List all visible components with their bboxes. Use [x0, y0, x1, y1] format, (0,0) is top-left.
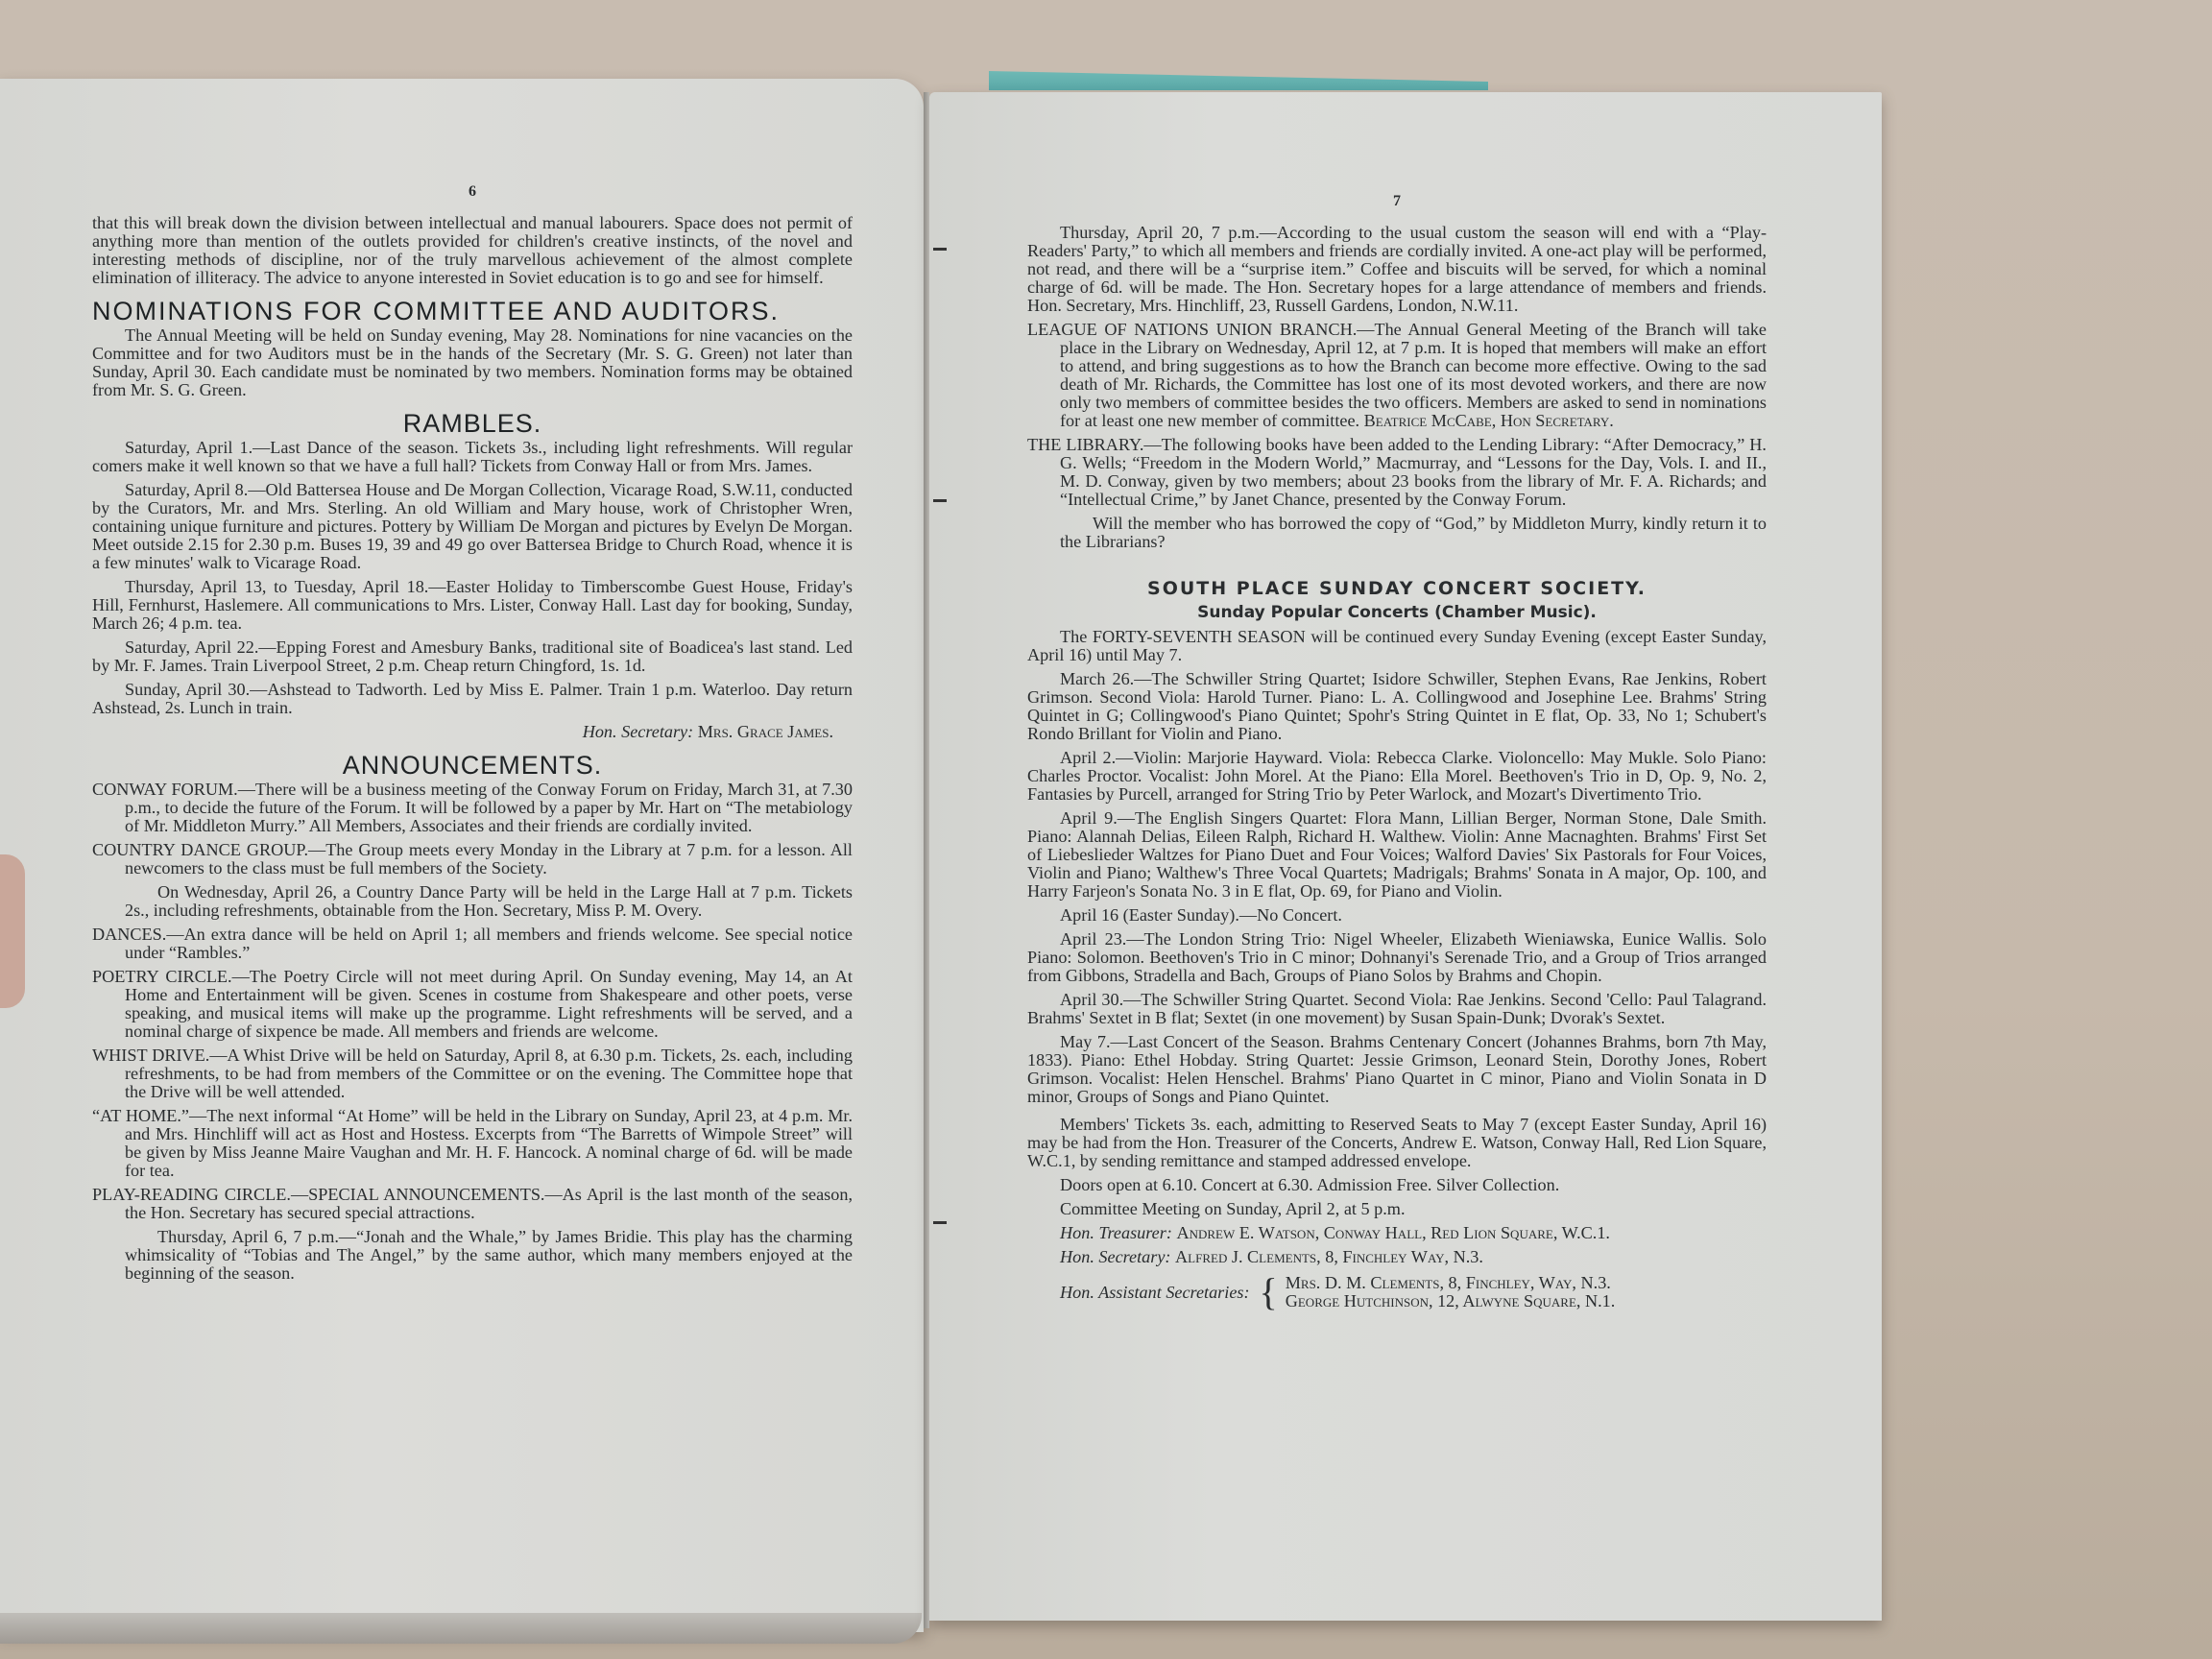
announcement-title: COUNTRY DANCE GROUP.: [92, 840, 308, 859]
section-body: —The following books have been added to …: [1060, 435, 1767, 509]
members-tickets: Members' Tickets 3s. each, admitting to …: [1027, 1116, 1767, 1170]
assistant-secretaries: Hon. Assistant Secretaries: { Mrs. D. M.…: [1027, 1274, 1767, 1310]
season-notice: The FORTY-SEVENTH SEASON will be continu…: [1027, 628, 1767, 664]
section-title: THE LIBRARY.: [1027, 435, 1143, 454]
concert-item: April 16 (Easter Sunday).—No Concert.: [1027, 906, 1767, 925]
treasurer-value: Andrew E. Watson, Conway Hall, Red Lion …: [1176, 1223, 1610, 1242]
announcement-country-dance: COUNTRY DANCE GROUP.—The Group meets eve…: [92, 841, 853, 878]
rambles-heading: RAMBLES.: [92, 415, 853, 433]
rambles-secretary-name: Mrs. Grace James.: [698, 722, 833, 741]
concert-item: April 9.—The English Singers Quartet: Fl…: [1027, 809, 1767, 901]
announcement-conway-forum: CONWAY FORUM.—There will be a business m…: [92, 781, 853, 835]
announcements-heading: ANNOUNCEMENTS.: [92, 757, 853, 775]
bookmark-tab: [989, 71, 1488, 90]
rambles-secretary-label: Hon. Secretary:: [583, 722, 693, 741]
announcement-country-dance-party: On Wednesday, April 26, a Country Dance …: [92, 883, 853, 920]
announcement-body: —An extra dance will be held on April 1;…: [125, 925, 853, 962]
ramble-item: Sunday, April 30.—Ashstead to Tadworth. …: [92, 681, 853, 717]
announcement-title: POETRY CIRCLE.: [92, 967, 232, 986]
play-reading-jonah: Thursday, April 6, 7 p.m.—“Jonah and the…: [92, 1228, 853, 1283]
league-signature: Beatrice McCabe, Hon Secretary.: [1364, 411, 1614, 430]
secretary-value: Alfred J. Clements, 8, Finchley Way, N.3…: [1175, 1247, 1483, 1266]
announcement-title: DANCES.: [92, 925, 166, 944]
rambles-secretary: Hon. Secretary: Mrs. Grace James.: [92, 723, 853, 741]
assistant-label: Hon. Assistant Secretaries:: [1060, 1284, 1250, 1302]
play-readers-party: Thursday, April 20, 7 p.m.—According to …: [1027, 224, 1767, 315]
page-number: 7: [1027, 192, 1767, 210]
announcement-title: CONWAY FORUM.: [92, 780, 238, 799]
ramble-item: Saturday, April 22.—Epping Forest and Am…: [92, 638, 853, 675]
assistant-name: George Hutchinson, 12, Alwyne Square, N.…: [1286, 1292, 1616, 1310]
book-gutter: [924, 92, 929, 1628]
announcement-dances: DANCES.—An extra dance will be held on A…: [92, 926, 853, 962]
secretary-line: Hon. Secretary: Alfred J. Clements, 8, F…: [1027, 1248, 1767, 1266]
doors-open: Doors open at 6.10. Concert at 6.30. Adm…: [1027, 1176, 1767, 1194]
concert-item: May 7.—Last Concert of the Season. Brahm…: [1027, 1033, 1767, 1106]
nominations-body: The Annual Meeting will be held on Sunda…: [92, 326, 853, 399]
announcement-title: WHIST DRIVE.: [92, 1046, 209, 1065]
announcement-poetry-circle: POETRY CIRCLE.—The Poetry Circle will no…: [92, 968, 853, 1041]
secretary-label: Hon. Secretary:: [1060, 1247, 1170, 1266]
ramble-item: Thursday, April 13, to Tuesday, April 18…: [92, 578, 853, 633]
left-page-edge: [0, 1613, 922, 1644]
staple: [933, 499, 947, 502]
concert-subheading: Sunday Popular Concerts (Chamber Music).: [1027, 604, 1767, 622]
section-title: LEAGUE OF NATIONS UNION BRANCH.: [1027, 320, 1357, 339]
treasurer-line: Hon. Treasurer: Andrew E. Watson, Conway…: [1027, 1224, 1767, 1242]
concert-society-heading: SOUTH PLACE SUNDAY CONCERT SOCIETY.: [1027, 580, 1767, 598]
staple: [933, 1221, 947, 1224]
nominations-heading: NOMINATIONS FOR COMMITTEE AND AUDITORS.: [92, 302, 853, 321]
concert-item: April 2.—Violin: Marjorie Hayward. Viola…: [1027, 749, 1767, 804]
page-number: 6: [92, 182, 853, 201]
left-page-content: 6 that this will break down the division…: [92, 182, 853, 1288]
announcement-body: —A Whist Drive will be held on Saturday,…: [125, 1046, 853, 1101]
league-of-nations: LEAGUE OF NATIONS UNION BRANCH.—The Annu…: [1027, 321, 1767, 430]
committee-meeting: Committee Meeting on Sunday, April 2, at…: [1027, 1200, 1767, 1218]
library-return-request: Will the member who has borrowed the cop…: [1027, 515, 1767, 551]
announcement-at-home: “AT HOME.”—The next informal “At Home” w…: [92, 1107, 853, 1180]
announcement-body: —The Poetry Circle will not meet during …: [125, 967, 853, 1041]
announcement-whist-drive: WHIST DRIVE.—A Whist Drive will be held …: [92, 1046, 853, 1101]
announcement-title: PLAY-READING CIRCLE.—SPECIAL ANNOUNCEMEN…: [92, 1185, 544, 1204]
assistant-name: Mrs. D. M. Clements, 8, Finchley, Way, N…: [1286, 1274, 1616, 1292]
concert-item: April 23.—The London String Trio: Nigel …: [1027, 930, 1767, 985]
right-page-content: 7 Thursday, April 20, 7 p.m.—According t…: [1027, 192, 1767, 1310]
ramble-item: Saturday, April 1.—Last Dance of the sea…: [92, 439, 853, 475]
ramble-item: Saturday, April 8.—Old Battersea House a…: [92, 481, 853, 572]
concert-item: April 30.—The Schwiller String Quartet. …: [1027, 991, 1767, 1027]
thumb: [0, 854, 25, 1008]
treasurer-label: Hon. Treasurer:: [1060, 1223, 1172, 1242]
intro-paragraph: that this will break down the division b…: [92, 214, 853, 287]
assistant-names: Mrs. D. M. Clements, 8, Finchley, Way, N…: [1286, 1274, 1616, 1310]
announcement-play-reading: PLAY-READING CIRCLE.—SPECIAL ANNOUNCEMEN…: [92, 1186, 853, 1222]
concert-item: March 26.—The Schwiller String Quartet; …: [1027, 670, 1767, 743]
staple: [933, 248, 947, 251]
announcement-title: “AT HOME.”: [92, 1106, 189, 1125]
the-library: THE LIBRARY.—The following books have be…: [1027, 436, 1767, 509]
brace-icon: {: [1260, 1274, 1278, 1310]
announcement-body: —The next informal “At Home” will be hel…: [125, 1106, 853, 1180]
